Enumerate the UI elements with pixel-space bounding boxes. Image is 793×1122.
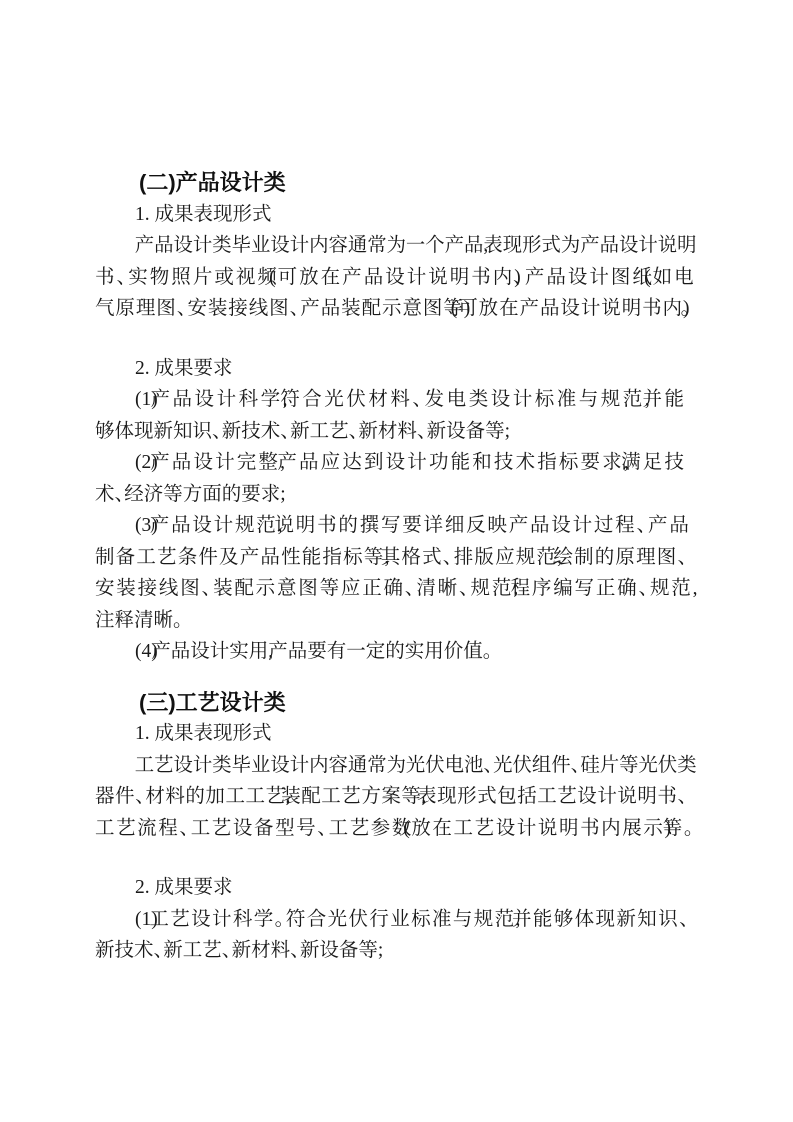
subsection-title-requirements: 2. 成果要求 — [95, 872, 697, 904]
text-line: (2)产品设计完整,产品应达到设计功能和技术指标要求,满足技 — [95, 447, 697, 479]
section-process-design: (三)工艺设计类 1. 成果表现形式 工艺设计类毕业设计内容通常为光伏电池、光伏… — [95, 687, 697, 967]
text-line: (4)产品设计实用,产品要有一定的实用价值。 — [95, 636, 697, 668]
document-content: (二)产品设计类 1. 成果表现形式 产品设计类毕业设计内容通常为一个产品,表现… — [95, 167, 697, 967]
text-line: 产品设计类毕业设计内容通常为一个产品,表现形式为产品设计说明 — [95, 230, 693, 262]
list-item-1: (1)工艺设计科学。符合光伏行业标准与规范,并能够体现新知识、 新技术、新工艺、… — [95, 904, 697, 967]
text-line: (1)产品设计科学,符合光伏材料、发电类设计标准与规范,并能 — [95, 384, 697, 416]
subsection-title-forms: 1. 成果表现形式 — [95, 199, 697, 231]
text-line: 够体现新知识、新技术、新工艺、新材料、新设备等; — [95, 416, 697, 448]
text-line: 新技术、新工艺、新材料、新设备等; — [95, 935, 697, 967]
list-item-2: (2)产品设计完整,产品应达到设计功能和技术指标要求,满足技 术、经济等方面的要… — [95, 447, 697, 510]
text-line: 工艺流程、工艺设备型号、工艺参数(放在工艺设计说明书内展示)等。 — [95, 813, 697, 845]
text-line: (1)工艺设计科学。符合光伏行业标准与规范,并能够体现新知识、 — [95, 904, 697, 936]
text-line: 制备工艺条件及产品性能指标等,其格式、排版应规范,绘制的原理图、 — [95, 542, 697, 574]
text-line: 气原理图、安装接线图、产品装配示意图等)(可放在产品设计说明书内)。 — [95, 293, 697, 325]
paragraph-presentation-forms: 产品设计类毕业设计内容通常为一个产品,表现形式为产品设计说明 书、实物照片或视频… — [95, 230, 697, 325]
text-line: (3)产品设计规范,说明书的撰写要详细反映产品设计过程、产品 — [95, 510, 697, 542]
subsection-title-forms: 1. 成果表现形式 — [95, 718, 697, 750]
list-item-1: (1)产品设计科学,符合光伏材料、发电类设计标准与规范,并能 够体现新知识、新技… — [95, 384, 697, 447]
text-line: 安装接线图、装配示意图等应正确、清晰、规范;程序编写正确、规范, — [95, 573, 697, 605]
text-line: 器件、材料的加工工艺,装配工艺方案等,表现形式包括工艺设计说明书、 — [95, 781, 697, 813]
text-line: 注释清晰。 — [95, 605, 697, 637]
text-line: 书、实物照片或视频(可放在产品设计说明书内)、产品设计图纸(如电 — [95, 262, 697, 294]
section-product-design: (二)产品设计类 1. 成果表现形式 产品设计类毕业设计内容通常为一个产品,表现… — [95, 167, 697, 668]
paragraph-presentation-forms: 工艺设计类毕业设计内容通常为光伏电池、光伏组件、硅片等光伏类 器件、材料的加工工… — [95, 750, 697, 845]
subsection-title-requirements: 2. 成果要求 — [95, 353, 697, 385]
text-line: 工艺设计类毕业设计内容通常为光伏电池、光伏组件、硅片等光伏类 — [95, 750, 693, 782]
section-heading: (二)产品设计类 — [95, 167, 697, 199]
text-line: 术、经济等方面的要求; — [95, 479, 697, 511]
document-page: (二)产品设计类 1. 成果表现形式 产品设计类毕业设计内容通常为一个产品,表现… — [0, 0, 793, 1122]
list-item-3: (3)产品设计规范,说明书的撰写要详细反映产品设计过程、产品 制备工艺条件及产品… — [95, 510, 697, 636]
section-heading: (三)工艺设计类 — [95, 687, 697, 719]
list-item-4: (4)产品设计实用,产品要有一定的实用价值。 — [95, 636, 697, 668]
